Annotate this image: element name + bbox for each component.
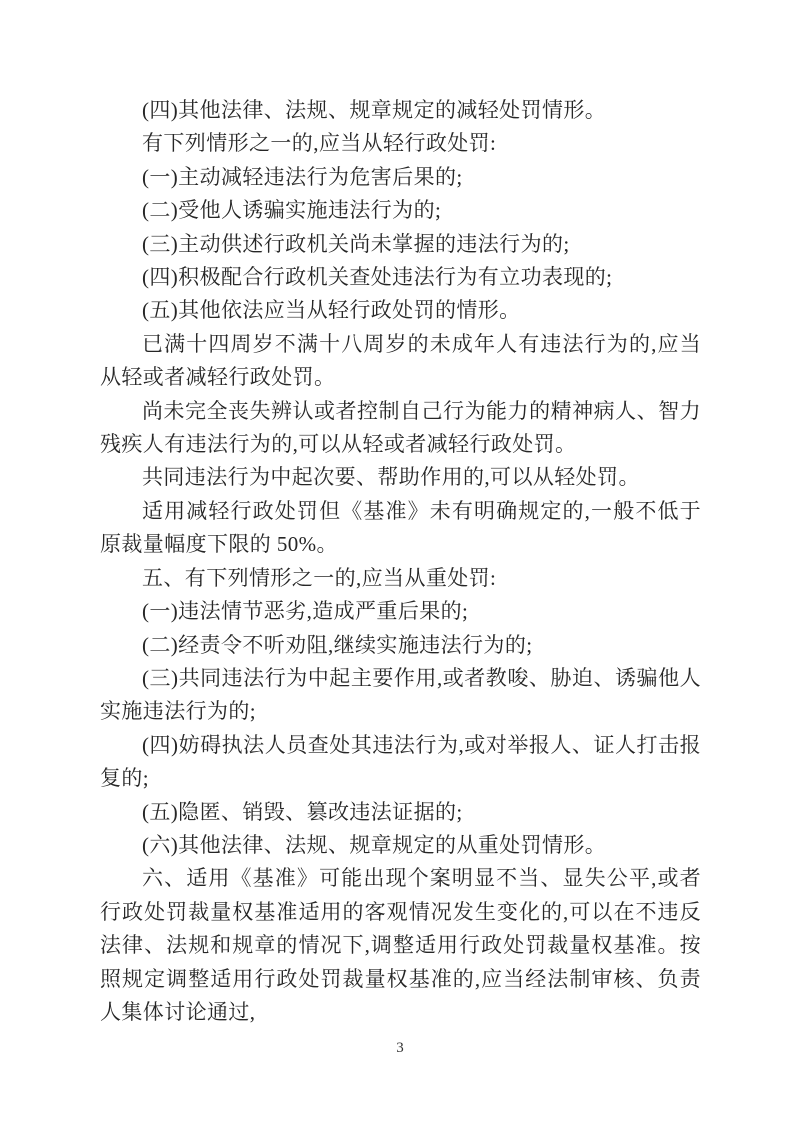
paragraph: (二)经责令不听劝阻,继续实施违法行为的; xyxy=(100,629,701,662)
paragraph: (五)其他依法应当从轻行政处罚的情形。 xyxy=(100,294,701,327)
paragraph: 已满十四周岁不满十八周岁的未成年人有违法行为的,应当从轻或者减轻行政处罚。 xyxy=(100,328,701,395)
paragraph: (六)其他法律、法规、规章规定的从重处罚情形。 xyxy=(100,829,701,862)
paragraph: 适用减轻行政处罚但《基准》未有明确规定的,一般不低于原裁量幅度下限的 50%。 xyxy=(100,495,701,562)
paragraph: 共同违法行为中起次要、帮助作用的,可以从轻处罚。 xyxy=(100,461,701,494)
paragraph: (四)妨碍执法人员查处其违法行为,或对举报人、证人打击报复的; xyxy=(100,729,701,796)
paragraph: 有下列情形之一的,应当从轻行政处罚: xyxy=(100,127,701,160)
paragraph: 六、适用《基准》可能出现个案明显不当、显失公平,或者行政处罚裁量权基准适用的客观… xyxy=(100,862,701,1029)
paragraph: 五、有下列情形之一的,应当从重处罚: xyxy=(100,562,701,595)
document-body: (四)其他法律、法规、规章规定的减轻处罚情形。 有下列情形之一的,应当从轻行政处… xyxy=(100,94,701,1029)
page-number: 3 xyxy=(0,1040,800,1057)
paragraph: 尚未完全丧失辨认或者控制自己行为能力的精神病人、智力残疾人有违法行为的,可以从轻… xyxy=(100,395,701,462)
paragraph: (一)主动减轻违法行为危害后果的; xyxy=(100,161,701,194)
paragraph: (三)共同违法行为中起主要作用,或者教唆、胁迫、诱骗他人实施违法行为的; xyxy=(100,662,701,729)
paragraph: (三)主动供述行政机关尚未掌握的违法行为的; xyxy=(100,228,701,261)
paragraph: (二)受他人诱骗实施违法行为的; xyxy=(100,194,701,227)
paragraph: (一)违法情节恶劣,造成严重后果的; xyxy=(100,595,701,628)
paragraph: (四)积极配合行政机关查处违法行为有立功表现的; xyxy=(100,261,701,294)
document-page: (四)其他法律、法规、规章规定的减轻处罚情形。 有下列情形之一的,应当从轻行政处… xyxy=(0,0,800,1132)
paragraph: (四)其他法律、法规、规章规定的减轻处罚情形。 xyxy=(100,94,701,127)
paragraph: (五)隐匿、销毁、篡改违法证据的; xyxy=(100,796,701,829)
